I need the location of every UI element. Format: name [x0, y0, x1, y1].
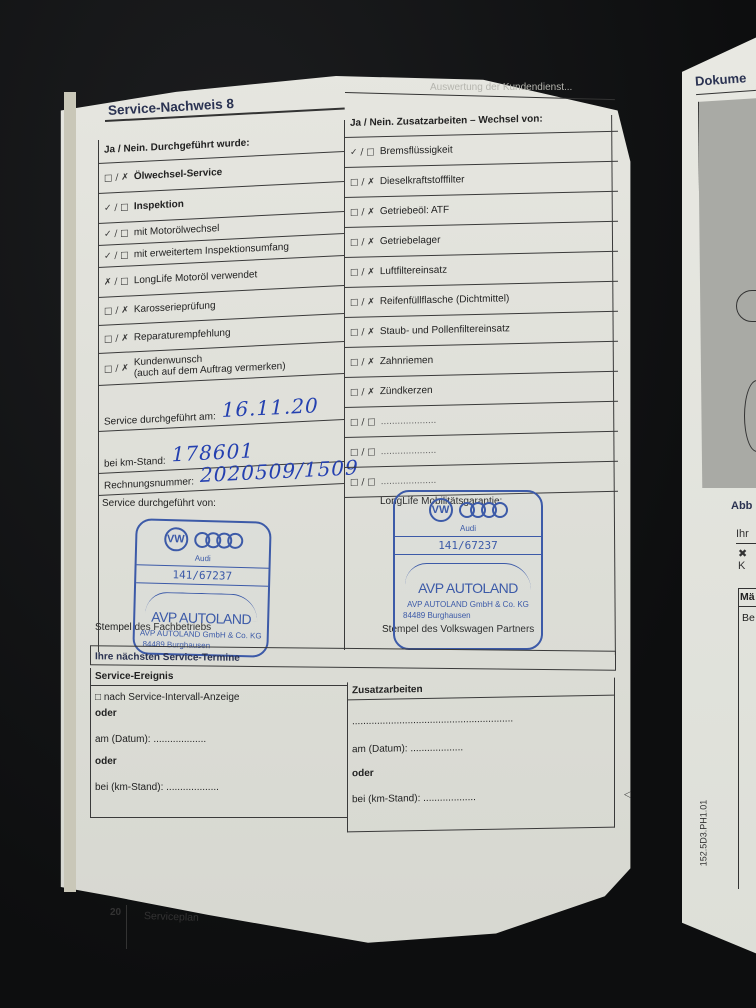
right-page-table-divider	[738, 606, 756, 607]
next-service-title: Ihre nächsten Service-Termine	[90, 645, 616, 671]
checklist-label: Bremsflüssigkeit	[380, 145, 453, 158]
checklist-label: Reifenfüllflasche (Dichtmittel)	[380, 293, 510, 307]
checklist-label: Getriebelager	[380, 235, 441, 247]
audi-rings-icon	[459, 502, 508, 518]
next-service-line: am (Datum): ...................	[95, 734, 206, 745]
dealer-stamp-2: VW Audi 141/67237 AVP AUTOLAND AVP AUTOL…	[393, 490, 543, 650]
stamp-brand: Audi	[395, 524, 541, 533]
section-label: Serviceplan	[144, 910, 199, 924]
table-divider	[344, 120, 345, 650]
right-page-text: Ihr	[736, 528, 749, 540]
checklist-label: Luftfiltereinsatz	[380, 265, 447, 278]
stamp-dealer-number: 141/67237	[136, 564, 268, 586]
right-page-title-underline	[696, 90, 756, 95]
next-service-line: oder	[352, 768, 374, 779]
vw-logo-icon: VW	[163, 527, 188, 552]
bleedthrough-text: Auswertung der Kundendienst...	[430, 82, 572, 93]
checkbox-pair[interactable]: □ / ✗	[350, 297, 375, 308]
service-event-header: Service-Ereignis	[91, 668, 348, 686]
checkbox-pair[interactable]: □ / ✗	[350, 387, 375, 398]
next-service-line: □ nach Service-Intervall-Anzeige	[95, 692, 239, 703]
stamp-logos: VW	[395, 496, 541, 524]
checkbox-pair[interactable]: ✓ / □	[104, 228, 129, 239]
additional-work-column: Zusatzarbeiten .........................…	[347, 678, 615, 833]
performed-by-label: Service durchgeführt von:	[102, 498, 216, 509]
checklist-label: mit Motorölwechsel	[134, 223, 220, 238]
checklist-label: LongLife Motoröl verwendet	[134, 269, 257, 286]
checklist-label: Ölwechsel-Service	[134, 167, 222, 182]
field-label: Rechnungsnummer:	[104, 476, 194, 491]
checklist-label: Kundenwunsch(auch auf dem Auftrag vermer…	[134, 349, 286, 378]
next-service-line: oder	[95, 708, 117, 719]
document: Auswertung der Kundendienst... Service-N…	[0, 0, 756, 1008]
right-page-table-row: Be	[742, 612, 755, 624]
right-page-title: Dokume	[695, 70, 747, 89]
checkbox-pair[interactable]: ✓ / □	[104, 202, 129, 213]
checkbox-pair[interactable]: □ / ✗	[104, 363, 129, 374]
right-page-table-header: Mä	[740, 591, 755, 603]
checkbox-pair[interactable]: □ / ✗	[350, 207, 375, 218]
checkbox-pair[interactable]: ✓ / □	[350, 147, 375, 158]
handwritten-value[interactable]: 16.11.20	[222, 393, 319, 422]
audi-rings-icon	[194, 532, 243, 549]
checklist-label: ....................	[381, 415, 437, 427]
checkbox-pair[interactable]: □ / ✗	[350, 267, 375, 278]
next-service-line: bei (km-Stand): ...................	[352, 792, 476, 805]
checklist-label: Staub- und Pollenfiltereinsatz	[380, 323, 510, 337]
right-page-table	[738, 588, 756, 889]
field-label: bei km-Stand:	[104, 456, 166, 470]
stamp-dealer-number: 141/67237	[395, 536, 541, 555]
checklist-label: Dieselkraftstofffilter	[380, 174, 465, 187]
checklist-label: ....................	[381, 445, 437, 457]
checklist-label: Karosserieprüfung	[134, 300, 216, 315]
checklist-label: Zündkerzen	[380, 385, 433, 397]
document-code: 152.5D3.PH1.01	[698, 800, 708, 867]
right-page-caption: Abb	[731, 500, 752, 512]
stamp-company: AVP AUTOLAND GmbH & Co. KG	[395, 600, 541, 609]
checkbox-pair[interactable]: □ / □	[350, 477, 376, 488]
checkbox-pair[interactable]: □ / ✗	[350, 237, 375, 248]
divider	[345, 92, 615, 100]
additional-work-header: Zusatzarbeiten	[348, 678, 614, 701]
triangle-marker-icon: ◁	[624, 789, 631, 800]
checkbox-pair[interactable]: □ / □	[350, 447, 376, 458]
vw-logo-icon: VW	[429, 498, 453, 522]
next-service-line: bei (km-Stand): ...................	[95, 782, 219, 793]
footer-divider	[126, 905, 127, 949]
checkbox-pair[interactable]: □ / ✗	[350, 327, 375, 338]
stamp-dealer-name: AVP AUTOLAND	[135, 608, 267, 627]
right-page-divider	[736, 543, 756, 544]
checkbox-pair[interactable]: □ / ✗	[104, 172, 129, 183]
next-service-line: ........................................…	[352, 713, 513, 727]
checklist-label: mit erweitertem Inspektionsumfang	[134, 242, 289, 261]
table-border-left	[98, 140, 99, 652]
checkbox-pair[interactable]: □ / ✗	[350, 357, 375, 368]
checkbox-pair[interactable]: ✓ / □	[104, 250, 129, 261]
page-number: 20	[110, 907, 121, 918]
checklist-label: ....................	[381, 475, 437, 487]
checklist-label: Inspektion	[134, 199, 184, 212]
checkbox-pair[interactable]: □ / ✗	[104, 333, 129, 344]
checkbox-pair[interactable]: ✗ / □	[104, 276, 129, 287]
right-page-text: ✖ K	[738, 547, 756, 572]
dealer-stamp-1: VW Audi 141/67237 AVP AUTOLAND AVP AUTOL…	[132, 518, 272, 658]
checkbox-pair[interactable]: □ / □	[350, 417, 376, 428]
stamp-logos: VW	[137, 524, 270, 555]
service-event-column: Service-Ereignis □ nach Service-Interval…	[90, 668, 347, 818]
stamp-city: 84489 Burghausen	[395, 611, 541, 620]
field-label: Service durchgeführt am:	[104, 411, 216, 427]
checklist-label: Getriebeöl: ATF	[380, 205, 449, 218]
checklist-label: Reparaturempfehlung	[134, 328, 231, 344]
checkbox-pair[interactable]: □ / ✗	[104, 305, 129, 316]
stamp-dealer-name: AVP AUTOLAND	[395, 580, 541, 596]
next-service-line: oder	[95, 756, 117, 767]
next-service-line: am (Datum): ...................	[352, 742, 463, 755]
checklist-label: Zahnriemen	[380, 355, 433, 367]
checkbox-pair[interactable]: □ / ✗	[350, 177, 375, 188]
next-service-table: Ihre nächsten Service-Termine Service-Er…	[90, 648, 616, 818]
